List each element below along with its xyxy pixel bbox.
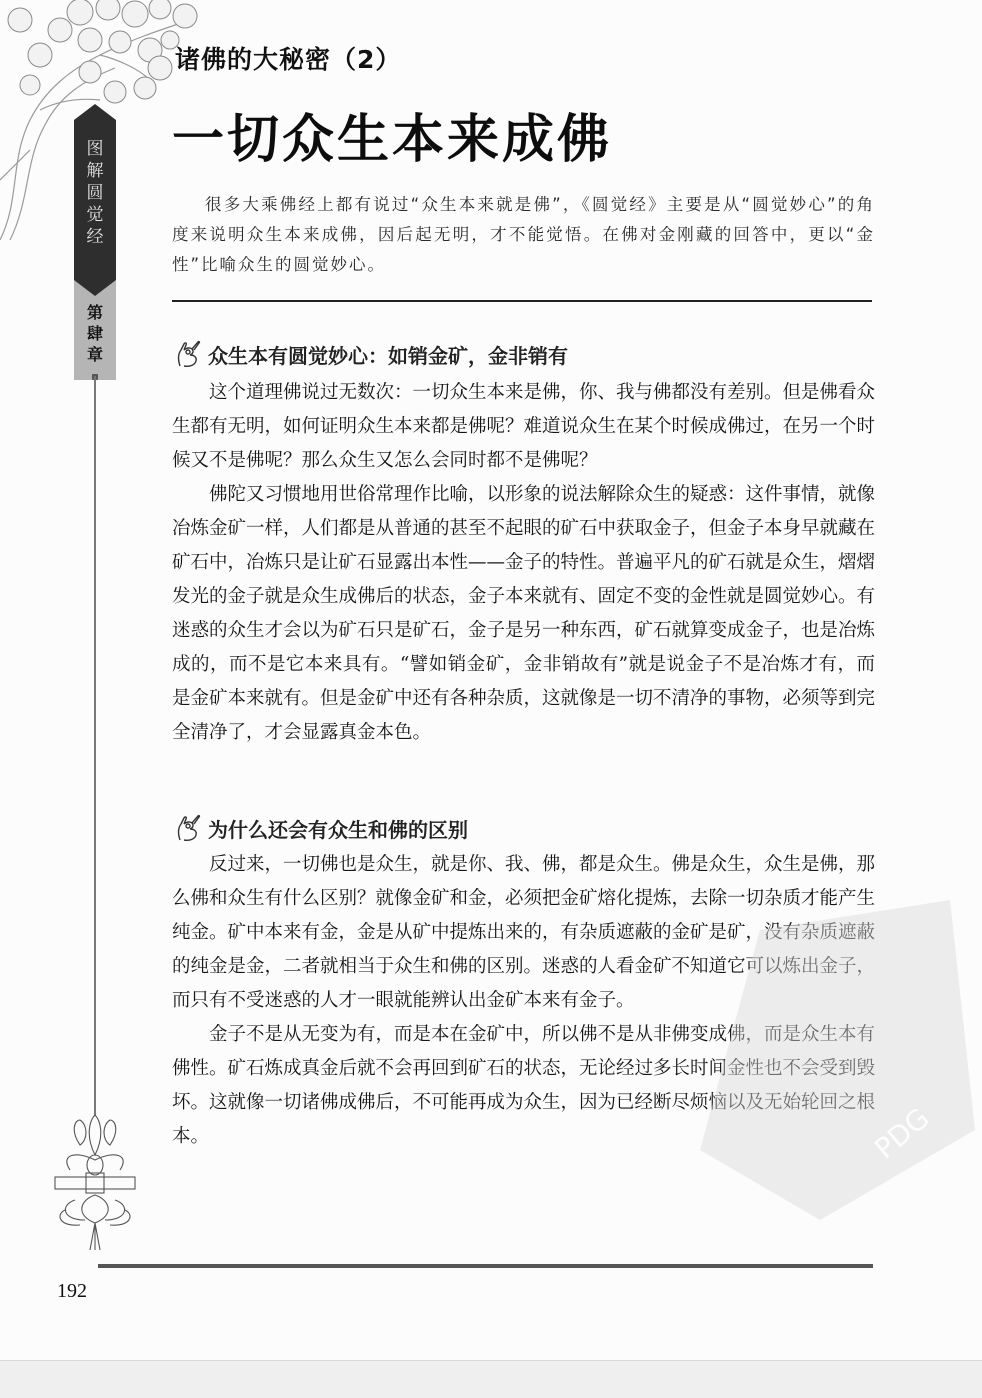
- lotus-ornament-icon: [50, 1115, 140, 1255]
- pdg-watermark: PDG: [700, 900, 980, 1220]
- book-title-char: 经: [87, 226, 104, 248]
- footer-divider: [98, 1264, 873, 1268]
- intro-divider: [172, 300, 872, 302]
- hand-mudra-icon: [172, 338, 204, 370]
- book-title-char: 解: [87, 160, 104, 182]
- vertical-divider-line: [94, 376, 96, 1116]
- page-number: 192: [57, 1280, 87, 1303]
- book-title-vertical: 图 解 圆 觉 经: [74, 120, 116, 280]
- chapter-char: 章: [87, 344, 103, 365]
- book-title-char: 圆: [87, 182, 104, 204]
- section-heading-text: 众生本有圆觉妙心：如销金矿，金非销有: [208, 340, 568, 369]
- hand-mudra-icon: [172, 812, 204, 844]
- chapter-side-banner: 图 解 圆 觉 经 第 肆 章: [74, 105, 116, 380]
- book-title-char: 图: [87, 138, 104, 160]
- section-heading-text: 为什么还会有众生和佛的区别: [208, 814, 468, 843]
- section-heading-1: 众生本有圆觉妙心：如销金矿，金非销有: [172, 338, 568, 370]
- chapter-char: 第: [87, 302, 103, 323]
- page-subtitle: 诸佛的大秘密（2）: [175, 40, 401, 76]
- book-page: 图 解 圆 觉 经 第 肆 章 诸: [0, 0, 982, 1360]
- body-paragraph: 佛陀又习惯地用世俗常理作比喻，以形象的说法解除众生的疑惑：这件事情，就像冶炼金矿…: [172, 478, 875, 750]
- scan-margin: [0, 1360, 982, 1398]
- book-title-char: 觉: [87, 204, 104, 226]
- page-title: 一切众生本来成佛: [172, 97, 612, 172]
- section-heading-2: 为什么还会有众生和佛的区别: [172, 812, 468, 844]
- section-body-1: 这个道理佛说过无数次：一切众生本来是佛，你、我与佛都没有差别。但是佛看众生都有无…: [172, 376, 875, 750]
- chapter-char: 肆: [87, 323, 103, 344]
- body-paragraph: 这个道理佛说过无数次：一切众生本来是佛，你、我与佛都没有差别。但是佛看众生都有无…: [172, 376, 875, 478]
- intro-paragraph: 很多大乘佛经上都有说过“众生本来就是佛”，《圆觉经》主要是从“圆觉妙心”的角度来…: [172, 190, 875, 280]
